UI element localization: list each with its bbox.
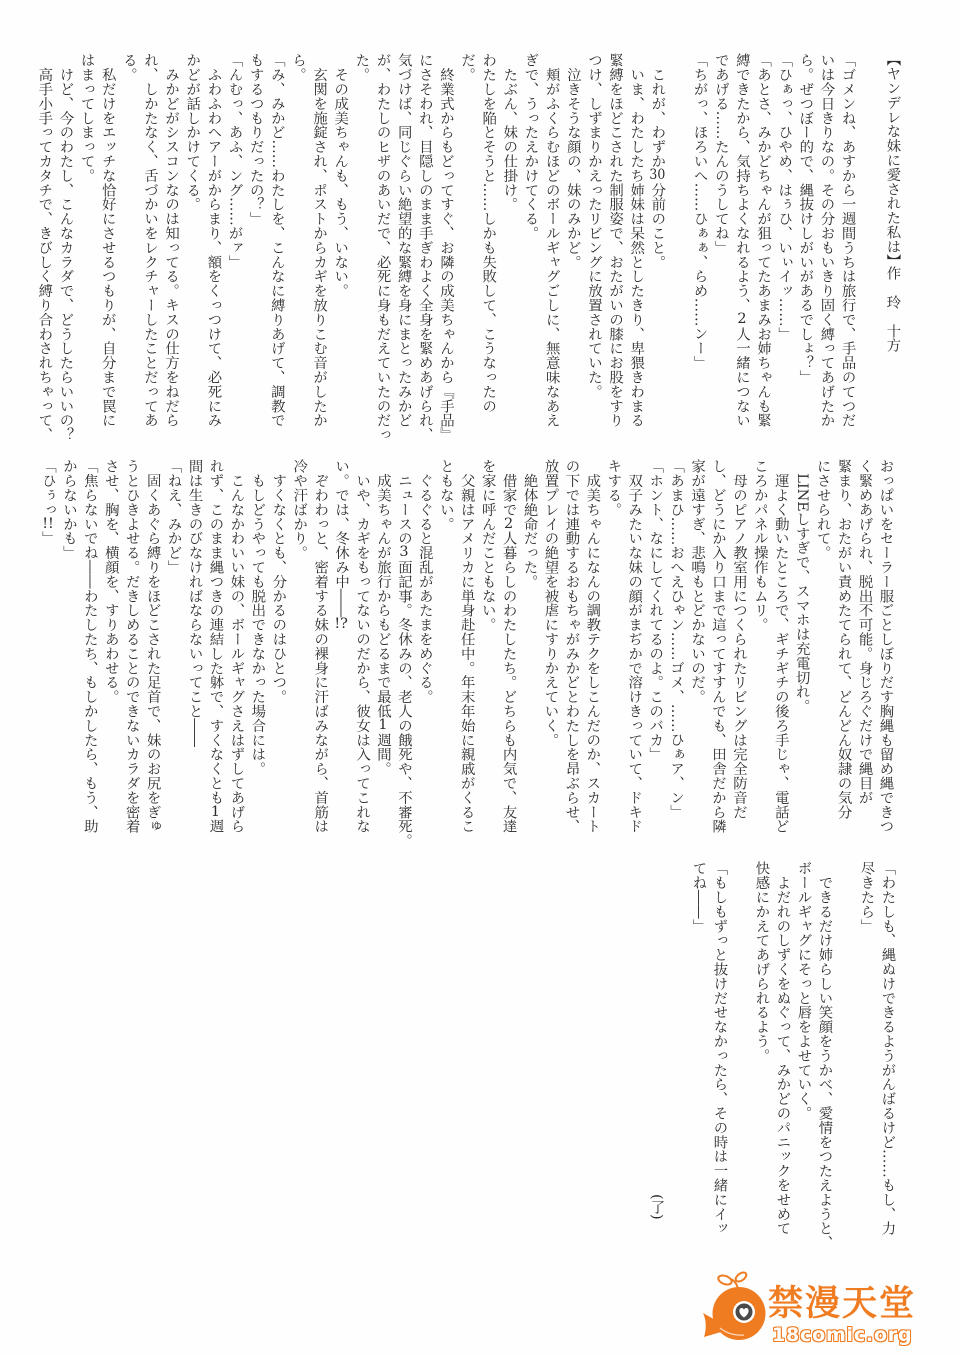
text-column: だ。 <box>456 53 477 431</box>
text-column: つけ、しずまりかえったリビングに放置されていた。 <box>583 53 604 431</box>
text-column: 頬がふくらむほどのボールギャグごしに、無意味なあえ <box>541 53 562 431</box>
text-column: LINEしすぎで、スマホは充電切れ。 <box>791 459 812 837</box>
whale-logo-icon <box>700 1262 770 1352</box>
text-column: いは今日きりなの。その分おもいきり固く縛ってあげたか <box>815 53 836 431</box>
text-column: が、わたしのヒザのあいだで、必死に身もだえていたのだっ <box>371 53 392 431</box>
text-column: 放置プレイの絶望を被虐にすりかえていく。 <box>540 459 561 837</box>
text-column: ぞわわっと、密着する妹の裸身に汗ばみながら、首筋は <box>309 459 330 837</box>
text-column: もするつもりだったの？」 <box>245 53 266 431</box>
text-column: 「ホント、なにしてくれてるのよ。このバカ」 <box>644 459 665 837</box>
text-column: ニュースの3面記事。冬休みの、老人の餓死や、不審死。 <box>393 459 414 837</box>
text-column: 冷や汗ばかり。 <box>288 459 309 837</box>
text-column: これが、わずか30分前のこと。 <box>646 53 667 431</box>
text-column: 運よく動いたところで、ギチギチの後ろ手じゃ、電話ど <box>770 459 791 837</box>
text-column: を家に呼んだこともない。 <box>477 459 498 837</box>
text-column: ら。ぜつぼー的で、縄抜けしがいがあるでしょ？」 <box>794 53 815 431</box>
text-column: の下では連動するおもちゃがみかどとわたしを昂ぶらせ、 <box>561 459 582 837</box>
text-column: 縛できたから、気持ちよくなれるよう、2人一緒につない <box>731 53 752 431</box>
text-column: 「み、みかど……わたしを、こんなに縛りあげて、調教で <box>266 53 287 431</box>
text-column: させ、胸を、横顔を、すりあわせる。 <box>100 459 121 837</box>
text-column: 「あとさ、みかどちゃんが狙ってたあまみお姉ちゃんも緊 <box>752 53 773 431</box>
text-column: こんなかわいい妹の、ボールギャグさえはずしてあげら <box>226 459 247 837</box>
story-title: 【ヤンデレな妹に愛された私は】 <box>882 52 903 268</box>
author-credit: 作 玲 十方 <box>882 266 903 352</box>
text-column: いま、わたしたち姉妹は呆然としたきり、卑猥きわまる <box>625 53 646 431</box>
text-column: 「んむっ、あふ、ング……がァ」 <box>223 53 244 431</box>
text-column: し、どうにか入り口まで這ってすすんでも、田舎だから隣 <box>707 459 728 837</box>
text-column: その成美ちゃんも、もう、いない。 <box>329 53 350 431</box>
text-column: 「わたしも、縄ぬけできるようがんばるけど……もし、力 <box>877 861 898 1239</box>
watermark-url: 18comic.org <box>772 1324 912 1346</box>
text-column: 快感にかえてあげられるよう。 <box>751 861 772 1239</box>
text-column: 終業式からもどってすぐ、お隣の成美ちゃんから『手品』 <box>435 53 456 431</box>
text-tier-1: 「ゴメンね、あすから一週間うちは旅行で、手品のてつだ いは今日きりなの。その分お… <box>33 53 857 431</box>
end-mark: (了) <box>646 1194 667 1220</box>
text-column: わたしを陥とそうと……しかも失敗して、こうなったの <box>477 53 498 431</box>
text-column: 緊まり、おたがい責めたてられて、どんどん奴隷の気分 <box>833 459 854 837</box>
text-column: かどが話しかけてくる。 <box>181 53 202 431</box>
text-column: れず、このまま縄つきの連結した躰で、すくなくとも1週 <box>205 459 226 837</box>
text-column: 成美ちゃんが旅行からもどるまで最低1週間。 <box>372 459 393 837</box>
text-column: 間は生きのびなければならないってこと―― <box>184 459 205 837</box>
text-column: からないかも」 <box>58 459 79 837</box>
text-column: みかどがシスコンなのは知ってる。キスの仕方をねだら <box>160 53 181 431</box>
text-column: ぎで、うったえかけてくる。 <box>519 53 540 431</box>
text-column: キする。 <box>602 459 623 837</box>
text-column: おっぱいをセーラー服ごとしぼりだす胸縄も留め縄できつ <box>875 459 896 837</box>
text-column: はまってしまって。 <box>75 53 96 431</box>
text-column: 気づけば、同じぐらい絶望的な緊縛を身にまとったみかど <box>393 53 414 431</box>
text-column: できるだけ姉らしい笑顔をうかべ、愛情をつたえようと、 <box>814 861 835 1239</box>
text-column: 玄関を施錠され、ポストからカギを放りこむ音がしたか <box>308 53 329 431</box>
blank-column <box>835 861 856 1239</box>
text-column: た。 <box>350 53 371 431</box>
text-column: 父親はアメリカに単身赴任中。年末年始に親戚がくるこ <box>456 459 477 837</box>
text-column: いや、カギをもってないのだから、彼女は入ってこれな <box>351 459 372 837</box>
text-column: 「ひぁっ、ひやめ、はぅひ、いぃイッ……」 <box>773 53 794 431</box>
text-column: く緊めあげられ、脱出不可能。身じろぐだけで縄目が <box>854 459 875 837</box>
text-column: すくなくとも、分かるのはひとつ。 <box>267 459 288 837</box>
text-column: 双子みたいな妹の顔がまぢかで溶けきっていて、ドキド <box>623 459 644 837</box>
text-column: る。 <box>118 53 139 431</box>
text-column: たぶん、妹の仕掛け。 <box>498 53 519 431</box>
text-column: であげる……たんのうしてね」 <box>710 53 731 431</box>
text-column: ぐるぐると混乱があたまをめぐる。 <box>414 459 435 837</box>
text-column: にさそわれ、目隠しのまま手ぎわよく全身を緊めあげられ、 <box>414 53 435 431</box>
text-column: 家が遠すぎ、悲鳴もとどかないのだ。 <box>686 459 707 837</box>
text-column: 私だけをエッチな恰好にさせるつもりが、自分まで罠に <box>97 53 118 431</box>
text-column: よだれのしずくをぬぐって、みかどのパニックをせめて <box>772 861 793 1239</box>
text-column: ともない。 <box>435 459 456 837</box>
blank-column <box>730 861 751 1239</box>
text-column: 母のピアノ教室用につくられたリビングは完全防音だ <box>728 459 749 837</box>
text-column: 高手小手ってカタチで、きびしく縛り合わされちゃって、 <box>33 53 54 431</box>
novel-page: 【ヤンデレな妹に愛された私は】 作 玲 十方 「ゴメンね、あすから一週間うちは旅… <box>0 0 960 1355</box>
text-column: 固くあぐら縛りをほどこされた足首で、妹のお尻をぎゅ <box>142 459 163 837</box>
text-column: けど、今のわたし、こんなカラダで、どうしたらいいの？ <box>54 53 75 431</box>
text-column: 「焦らないでね――わたしたち、もしかしたら、もう、助 <box>79 459 100 837</box>
text-column: もしどうやっても脱出できなかった場合には。 <box>246 459 267 837</box>
text-column: ころかパネル操作もムリ。 <box>749 459 770 837</box>
text-column: 「ゴメンね、あすから一週間うちは旅行で、手品のてつだ <box>836 53 857 431</box>
text-tier-2: おっぱいをセーラー服ごとしぼりだす胸縄も留め縄できつ く緊めあげられ、脱出不可能… <box>37 459 895 837</box>
text-column: ボールギャグにそっと唇をよせていく。 <box>793 861 814 1239</box>
text-column: うとひきよせる。だきしめることのできないカラダを密着 <box>121 459 142 837</box>
text-column: 泣きそうな顔の、妹のみかど。 <box>562 53 583 431</box>
text-column: 成美ちゃんになんの調教テクをしこんだのか、スカート <box>581 459 602 837</box>
text-column: 「ひぅっ!!」 <box>37 459 58 837</box>
text-column: 「あまひ……おへえひゃン……ゴメ、……ひぁア、ン」 <box>665 459 686 837</box>
text-column: い。では、冬休み中――!? <box>330 459 351 837</box>
text-column: 絶体絶命だった。 <box>519 459 540 837</box>
watermark-brand: 禁漫天堂 <box>768 1284 916 1324</box>
text-column: 借家で2人暮らしのわたしたち。どちらも内気で、友達 <box>498 459 519 837</box>
text-column: てね――」 <box>688 861 709 1239</box>
text-column: 尽きたら」 <box>856 861 877 1239</box>
text-column: にさせられて。 <box>812 459 833 837</box>
text-column: ら。 <box>287 53 308 431</box>
blank-column <box>667 53 688 431</box>
text-column: ふわふわヘアーがからまり、額をくっつけて、必死にみ <box>202 53 223 431</box>
text-tier-3: 「わたしも、縄ぬけできるようがんばるけど……もし、力 尽きたら」 できるだけ姉ら… <box>688 861 898 1239</box>
text-column: れ、しかたなく、舌づかいをレクチャーしたことだってあ <box>139 53 160 431</box>
text-column: 「ねえ、みかど」 <box>163 459 184 837</box>
text-column: 緊縛をほどこされた制服姿で、おたがいの膝にお股をすり <box>604 53 625 431</box>
text-column: 「もしもずっと抜けだせなかったら、その時は一緒にイッ <box>709 861 730 1239</box>
text-column: 「ちがっ、ほろいへ……ひぁぁ、らめ……ンー」 <box>688 53 709 431</box>
